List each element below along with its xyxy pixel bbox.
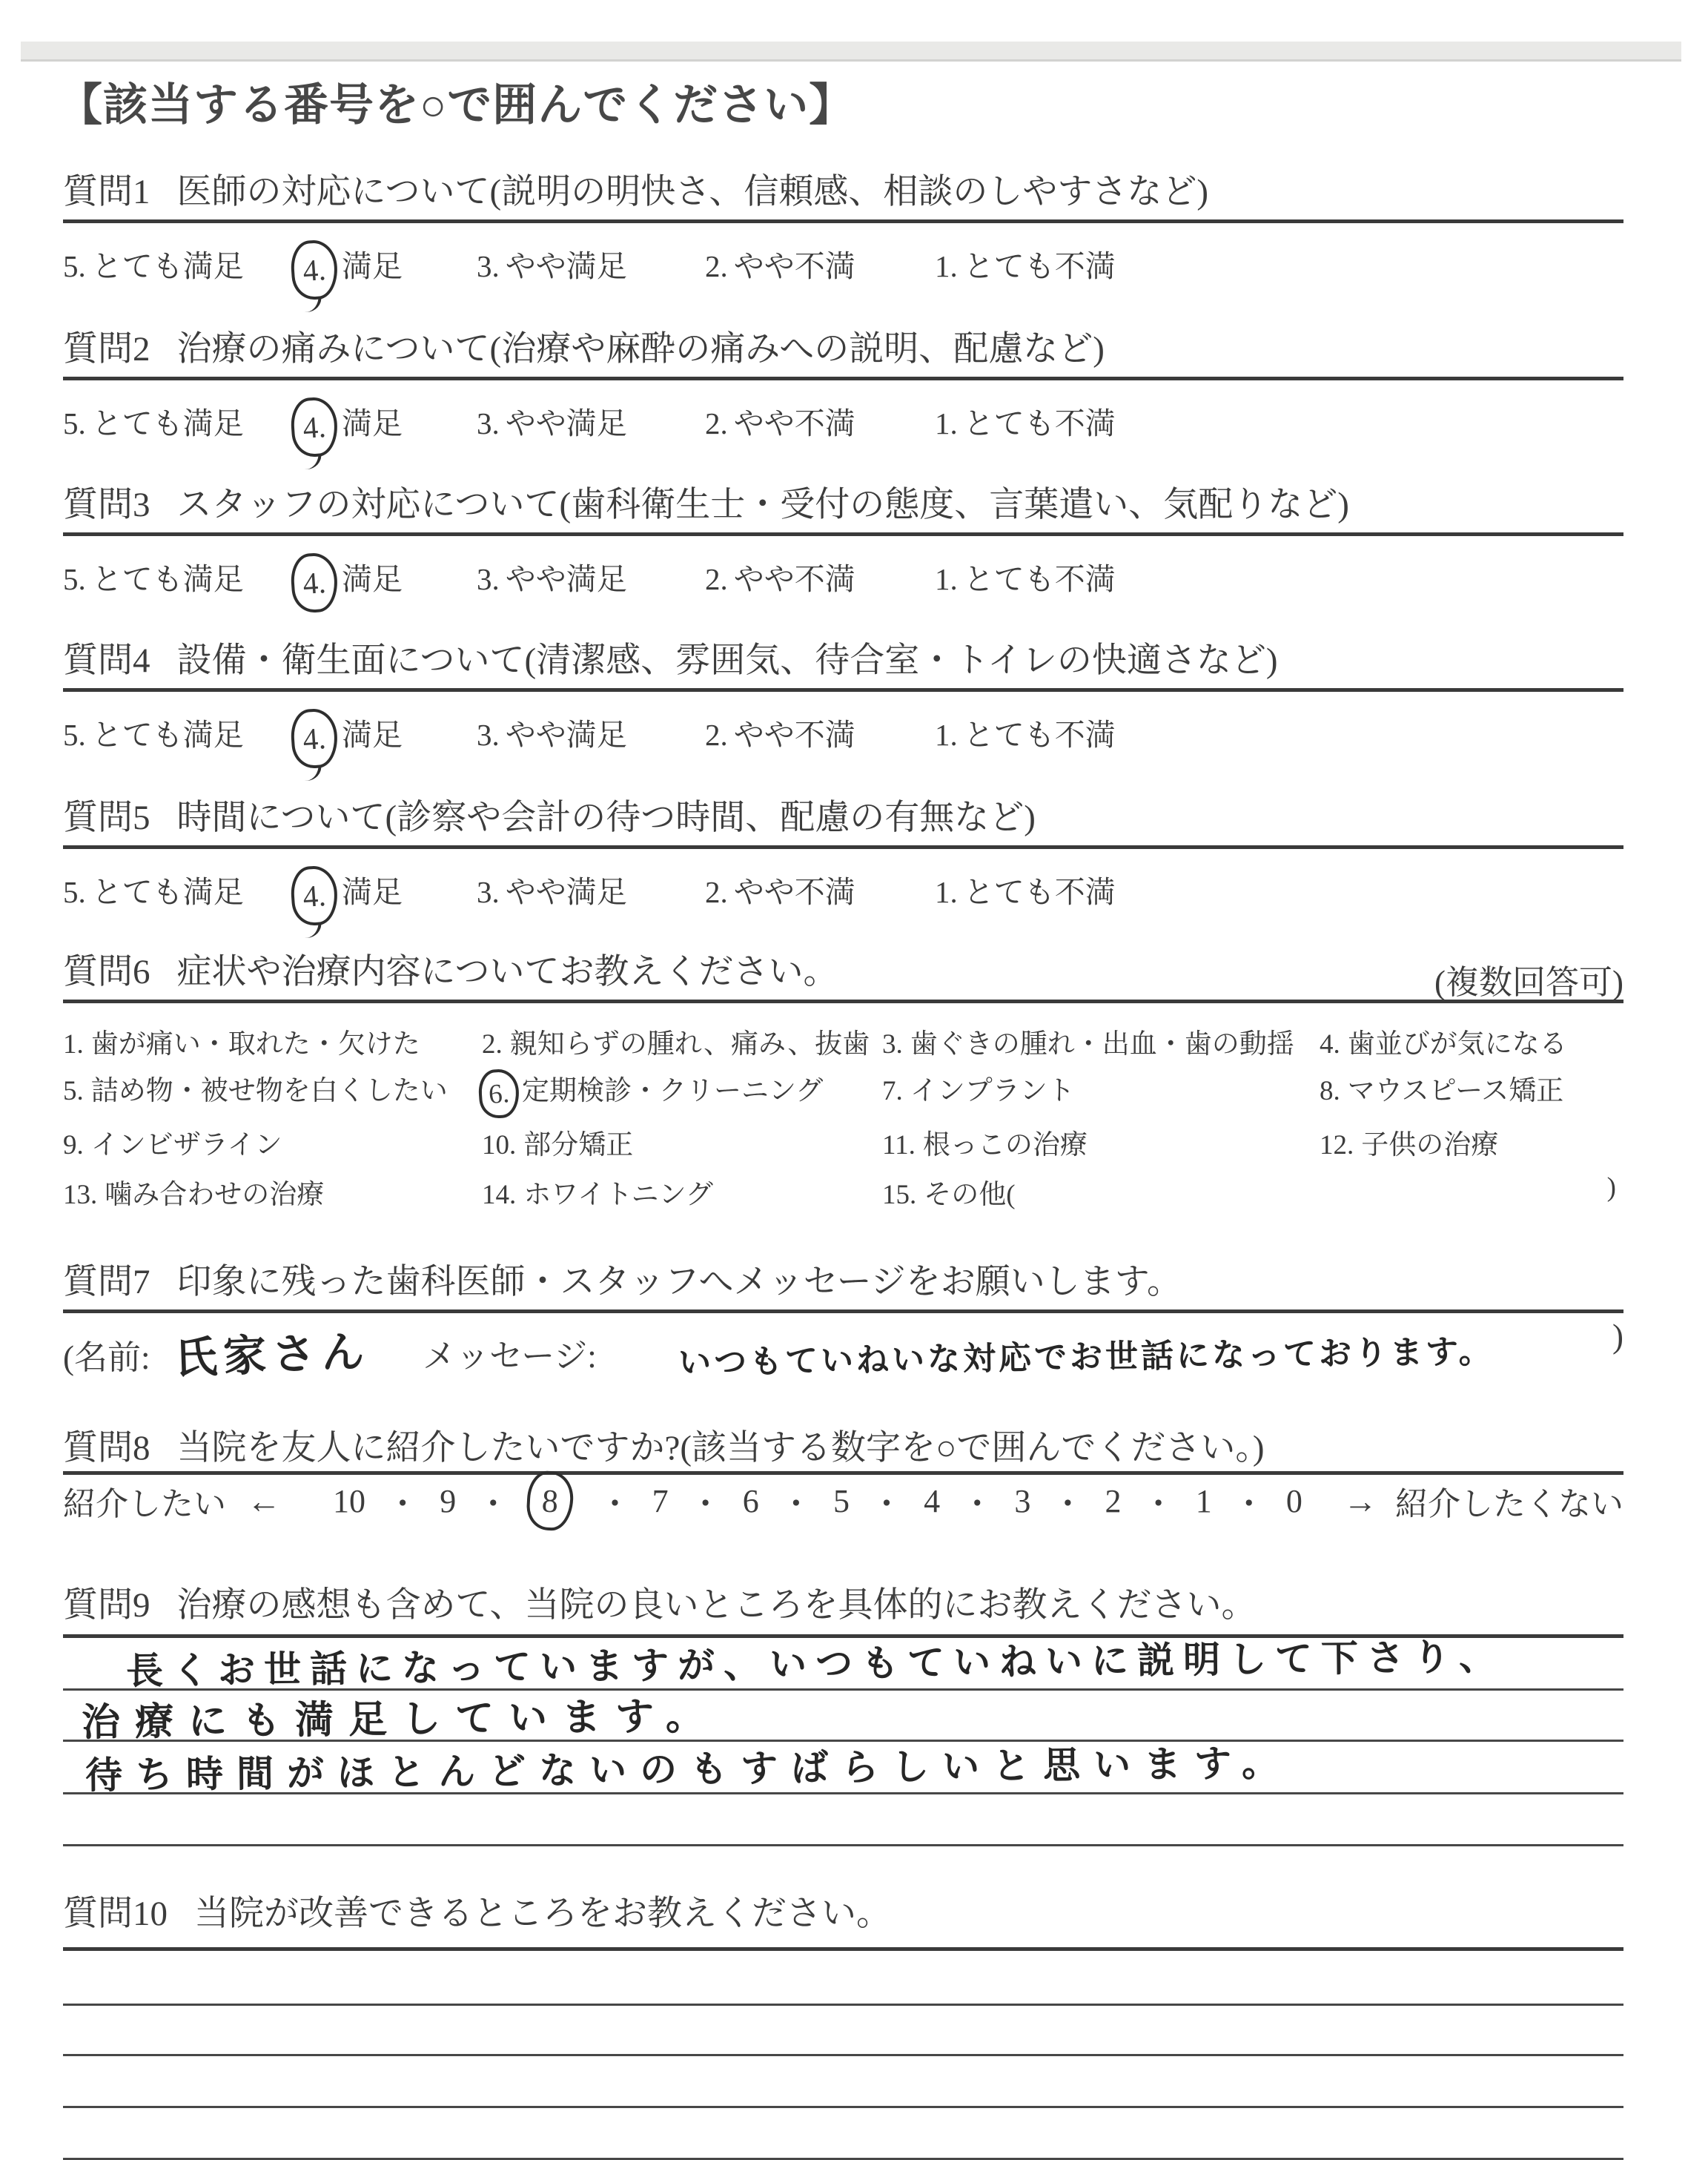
question-label: 質問1 xyxy=(63,174,150,212)
question-header: 質問4設備・衛生面について(清潔感、雰囲気、待合室・トイレの快適さなど) xyxy=(63,642,1623,681)
scan-artifact-bar xyxy=(21,42,1681,62)
scale-number: 5 xyxy=(833,1482,850,1520)
symptom-item: 5.詰め物・被せ物を白くしたい xyxy=(63,1068,448,1108)
question-header: 質問2治療の痛みについて(治療や麻酔の痛みへの説明、配慮など) xyxy=(63,331,1623,369)
other-close-paren: ) xyxy=(1607,1172,1616,1203)
symptom-item-selected: 6.定期検診・クリーニング xyxy=(482,1068,823,1111)
name-field-label: (名前: xyxy=(63,1330,150,1378)
scale-dot-separator: ・ xyxy=(598,1477,631,1525)
page-title: 【該当する番号を○で囲んでください】 xyxy=(58,70,854,133)
question-label: 質問9 xyxy=(63,1587,150,1625)
rating-options-row: 5.とても満足 4.満足 3.やや満足 2.やや不満 1.とても不満 xyxy=(63,242,1623,305)
question-title: 当院を友人に紹介したいですか?(該当する数字を○で囲んでください。) xyxy=(177,1429,1265,1467)
question-title: 印象に残った歯科医師・スタッフへメッセージをお願いします。 xyxy=(177,1263,1182,1301)
ruled-answer-line xyxy=(63,1688,1623,1691)
scale-dot-separator: ・ xyxy=(961,1477,993,1525)
message-field-label: メッセージ: xyxy=(423,1329,597,1377)
rating-option: 2.やや不満 xyxy=(705,242,855,285)
question-title: 治療の痛みについて(治療や麻酔の痛みへの説明、配慮など) xyxy=(177,330,1105,369)
header-rule xyxy=(63,1309,1623,1313)
handwritten-name: 氏家さん xyxy=(173,1316,371,1385)
question-label: 質問7 xyxy=(63,1264,150,1302)
ruled-answer-line xyxy=(63,1792,1623,1794)
symptom-item-other: 15.その他( xyxy=(882,1172,1016,1212)
scale-dot-separator: ・ xyxy=(386,1477,419,1525)
header-rule xyxy=(63,532,1623,536)
rating-option: 3.やや満足 xyxy=(477,555,627,598)
ruled-answer-line xyxy=(63,2004,1623,2006)
rating-option: 5.とても満足 xyxy=(63,868,244,911)
question-title: 治療の感想も含めて、当院の良いところを具体的にお教えください。 xyxy=(177,1586,1257,1625)
question-label: 質問5 xyxy=(63,799,150,838)
header-rule xyxy=(63,219,1623,223)
header-rule xyxy=(63,845,1623,849)
question-title: 時間について(診察や会計の待つ時間、配慮の有無など) xyxy=(177,799,1036,837)
question-title: 当院が改善できるところをお教えください。 xyxy=(194,1895,891,1933)
scale-dot-separator: ・ xyxy=(1233,1477,1265,1525)
nps-scale-row: 紹介したい ← 10 ・ 9 ・ 8 ・ 7 ・ 6 ・ 5 ・ 4 ・ 3 ・… xyxy=(63,1477,1623,1525)
rating-option: 1.とても不満 xyxy=(935,242,1116,285)
question-title: 医師の対応について(説明の明快さ、信頼感、相談のしやすさなど) xyxy=(177,173,1208,211)
question-title: 設備・衛生面について(清潔感、雰囲気、待合室・トイレの快適さなど) xyxy=(177,641,1278,680)
rating-options-row: 5.とても満足 4.満足 3.やや満足 2.やや不満 1.とても不満 xyxy=(63,868,1623,931)
rating-option: 5.とても満足 xyxy=(63,555,244,598)
left-arrow: ← xyxy=(247,1482,281,1521)
name-message-row: (名前: 氏家さん メッセージ: いつもていねいな対応でお世話になっております。… xyxy=(63,1320,1623,1409)
scale-number: 7 xyxy=(652,1482,669,1520)
rating-option: 1.とても不満 xyxy=(935,868,1116,911)
question-label: 質問6 xyxy=(63,954,150,992)
scanned-survey-form: 【該当する番号を○で囲んでください】 質問1医師の対応について(説明の明快さ、信… xyxy=(0,0,1708,2160)
ruled-answer-line xyxy=(63,1844,1623,1846)
scale-number: 9 xyxy=(440,1482,456,1520)
rating-option: 3.やや満足 xyxy=(477,868,627,911)
rating-option-selected: 4.満足 xyxy=(294,399,403,446)
multiple-answers-note: (複数回答可) xyxy=(1434,955,1623,1003)
right-arrow: → xyxy=(1343,1482,1377,1521)
header-rule xyxy=(63,1947,1623,1951)
rating-option: 2.やや不満 xyxy=(705,399,855,443)
question-block-q6: 質問6症状や治療内容についてお教えください。 (複数回答可) 1.歯が痛い・取れ… xyxy=(63,954,1623,992)
scale-number: 3 xyxy=(1014,1482,1030,1520)
rating-option: 3.やや満足 xyxy=(477,710,627,754)
rating-option: 3.やや満足 xyxy=(477,399,627,443)
question-header: 質問3スタッフの対応について(歯科衛生士・受付の態度、言葉遣い、気配りなど) xyxy=(63,486,1623,525)
question-header: 質問8当院を友人に紹介したいですか?(該当する数字を○で囲んでください。) xyxy=(63,1430,1623,1468)
hand-drawn-circle: 8 xyxy=(526,1470,575,1531)
rating-option: 2.やや不満 xyxy=(705,710,855,754)
header-rule xyxy=(63,1471,1623,1475)
question-header: 質問5時間について(診察や会計の待つ時間、配慮の有無など) xyxy=(63,799,1623,838)
hand-drawn-circle: 4. xyxy=(289,552,339,614)
rating-option: 1.とても不満 xyxy=(935,710,1116,754)
question-block-q8: 質問8当院を友人に紹介したいですか?(該当する数字を○で囲んでください。) 紹介… xyxy=(63,1430,1623,1468)
rating-option: 2.やや不満 xyxy=(705,868,855,911)
question-header: 質問7印象に残った歯科医師・スタッフへメッセージをお願いします。 xyxy=(63,1264,1623,1302)
question-block-q3: 質問3スタッフの対応について(歯科衛生士・受付の態度、言葉遣い、気配りなど) 5… xyxy=(63,486,1623,525)
rating-options-row: 5.とても満足 4.満足 3.やや満足 2.やや不満 1.とても不満 xyxy=(63,555,1623,618)
scale-dot-separator: ・ xyxy=(780,1477,812,1525)
header-rule xyxy=(63,377,1623,380)
rating-option: 5.とても満足 xyxy=(63,399,244,443)
header-rule xyxy=(63,688,1623,692)
symptom-item: 13.噛み合わせの治療 xyxy=(63,1172,324,1212)
hand-drawn-circle: 4. xyxy=(289,239,339,301)
rating-option: 5.とても満足 xyxy=(63,242,244,285)
question-block-q5: 質問5時間について(診察や会計の待つ時間、配慮の有無など) 5.とても満足 4.… xyxy=(63,799,1623,838)
hand-drawn-circle: 4. xyxy=(289,707,339,770)
handwritten-message: いつもていねいな対応でお世話になっております。 xyxy=(678,1324,1494,1383)
scale-dot-separator: ・ xyxy=(1051,1477,1084,1525)
scale-dot-separator: ・ xyxy=(477,1477,509,1525)
scale-dot-separator: ・ xyxy=(870,1477,903,1525)
scale-number: 6 xyxy=(743,1482,759,1520)
question-block-q9: 質問9治療の感想も含めて、当院の良いところを具体的にお教えください。 長くお世話… xyxy=(63,1587,1623,1625)
ruled-answer-line xyxy=(63,1740,1623,1742)
handwritten-answer-line: 治療にも満足しています。 xyxy=(82,1685,720,1747)
scale-right-label: 紹介したくない xyxy=(1395,1477,1623,1525)
ruled-answer-line xyxy=(63,2106,1623,2108)
question-block-q10: 質問10当院が改善できるところをお教えください。 xyxy=(63,1895,1623,1934)
symptom-item: 7.インプラント xyxy=(882,1068,1075,1108)
question-title: 症状や治療内容についてお教えください。 xyxy=(177,953,838,991)
scale-number: 2 xyxy=(1105,1482,1122,1520)
rating-options-row: 5.とても満足 4.満足 3.やや満足 2.やや不満 1.とても不満 xyxy=(63,399,1623,463)
question-block-q4: 質問4設備・衛生面について(清潔感、雰囲気、待合室・トイレの快適さなど) 5.と… xyxy=(63,642,1623,681)
hand-drawn-circle: 4. xyxy=(289,396,339,458)
header-rule xyxy=(63,1000,1623,1003)
question-label: 質問2 xyxy=(63,331,150,369)
question-header: 質問6症状や治療内容についてお教えください。 xyxy=(63,954,1623,992)
symptom-item: 14.ホワイトニング xyxy=(482,1172,713,1212)
question-header: 質問10当院が改善できるところをお教えください。 xyxy=(63,1895,1623,1934)
symptom-item: 4.歯並びが気になる xyxy=(1320,1021,1567,1061)
scale-number: 10 xyxy=(333,1482,365,1520)
rating-option-selected: 4.満足 xyxy=(294,868,403,915)
question-label: 質問3 xyxy=(63,486,150,525)
scale-number: 0 xyxy=(1286,1482,1302,1520)
scale-left-label: 紹介したい xyxy=(63,1477,226,1525)
symptom-item: 3.歯ぐきの腫れ・出血・歯の動揺 xyxy=(882,1021,1294,1061)
scale-dot-separator: ・ xyxy=(1142,1477,1175,1525)
rating-options-row: 5.とても満足 4.満足 3.やや満足 2.やや不満 1.とても不満 xyxy=(63,710,1623,774)
rating-option: 1.とても不満 xyxy=(935,399,1116,443)
symptom-item: 11.根っこの治療 xyxy=(882,1122,1088,1162)
scale-number: 4 xyxy=(924,1482,940,1520)
question-block-q7: 質問7印象に残った歯科医師・スタッフへメッセージをお願いします。 (名前: 氏家… xyxy=(63,1264,1623,1302)
rating-option-selected: 4.満足 xyxy=(294,555,403,602)
rating-option: 5.とても満足 xyxy=(63,710,244,754)
close-paren: ) xyxy=(1612,1317,1623,1355)
symptom-item: 8.マウスピース矯正 xyxy=(1320,1068,1563,1108)
question-header: 質問9治療の感想も含めて、当院の良いところを具体的にお教えください。 xyxy=(63,1587,1623,1625)
symptom-item: 10.部分矯正 xyxy=(482,1122,633,1162)
symptom-item: 12.子供の治療 xyxy=(1320,1122,1498,1162)
scale-number: 1 xyxy=(1196,1482,1212,1520)
rating-option: 3.やや満足 xyxy=(477,242,627,285)
question-label: 質問8 xyxy=(63,1430,150,1468)
ruled-answer-line xyxy=(63,2054,1623,2056)
symptom-item: 1.歯が痛い・取れた・欠けた xyxy=(63,1021,420,1061)
question-label: 質問10 xyxy=(63,1895,168,1934)
symptom-item: 9.インビザライン xyxy=(63,1122,282,1162)
rating-option: 1.とても不満 xyxy=(935,555,1116,598)
scale-dot-separator: ・ xyxy=(689,1477,722,1525)
question-block-q2: 質問2治療の痛みについて(治療や麻酔の痛みへの説明、配慮など) 5.とても満足 … xyxy=(63,331,1623,369)
rating-option-selected: 4.満足 xyxy=(294,710,403,758)
question-label: 質問4 xyxy=(63,642,150,681)
question-header: 質問1医師の対応について(説明の明快さ、信頼感、相談のしやすさなど) xyxy=(63,174,1623,212)
scale-number-selected: 8 xyxy=(541,1482,560,1520)
rating-option: 2.やや不満 xyxy=(705,555,855,598)
question-title: スタッフの対応について(歯科衛生士・受付の態度、言葉遣い、気配りなど) xyxy=(177,486,1349,524)
question-block-q1: 質問1医師の対応について(説明の明快さ、信頼感、相談のしやすさなど) 5.とても… xyxy=(63,174,1623,212)
hand-drawn-circle: 6. xyxy=(477,1068,520,1120)
symptom-item: 2.親知らずの腫れ、痛み、抜歯 xyxy=(482,1021,870,1061)
rating-option-selected: 4.満足 xyxy=(294,242,403,289)
scale-numbers: 10 ・ 9 ・ 8 ・ 7 ・ 6 ・ 5 ・ 4 ・ 3 ・ 2 ・ 1 ・ xyxy=(281,1477,1343,1525)
hand-drawn-circle: 4. xyxy=(289,865,339,927)
